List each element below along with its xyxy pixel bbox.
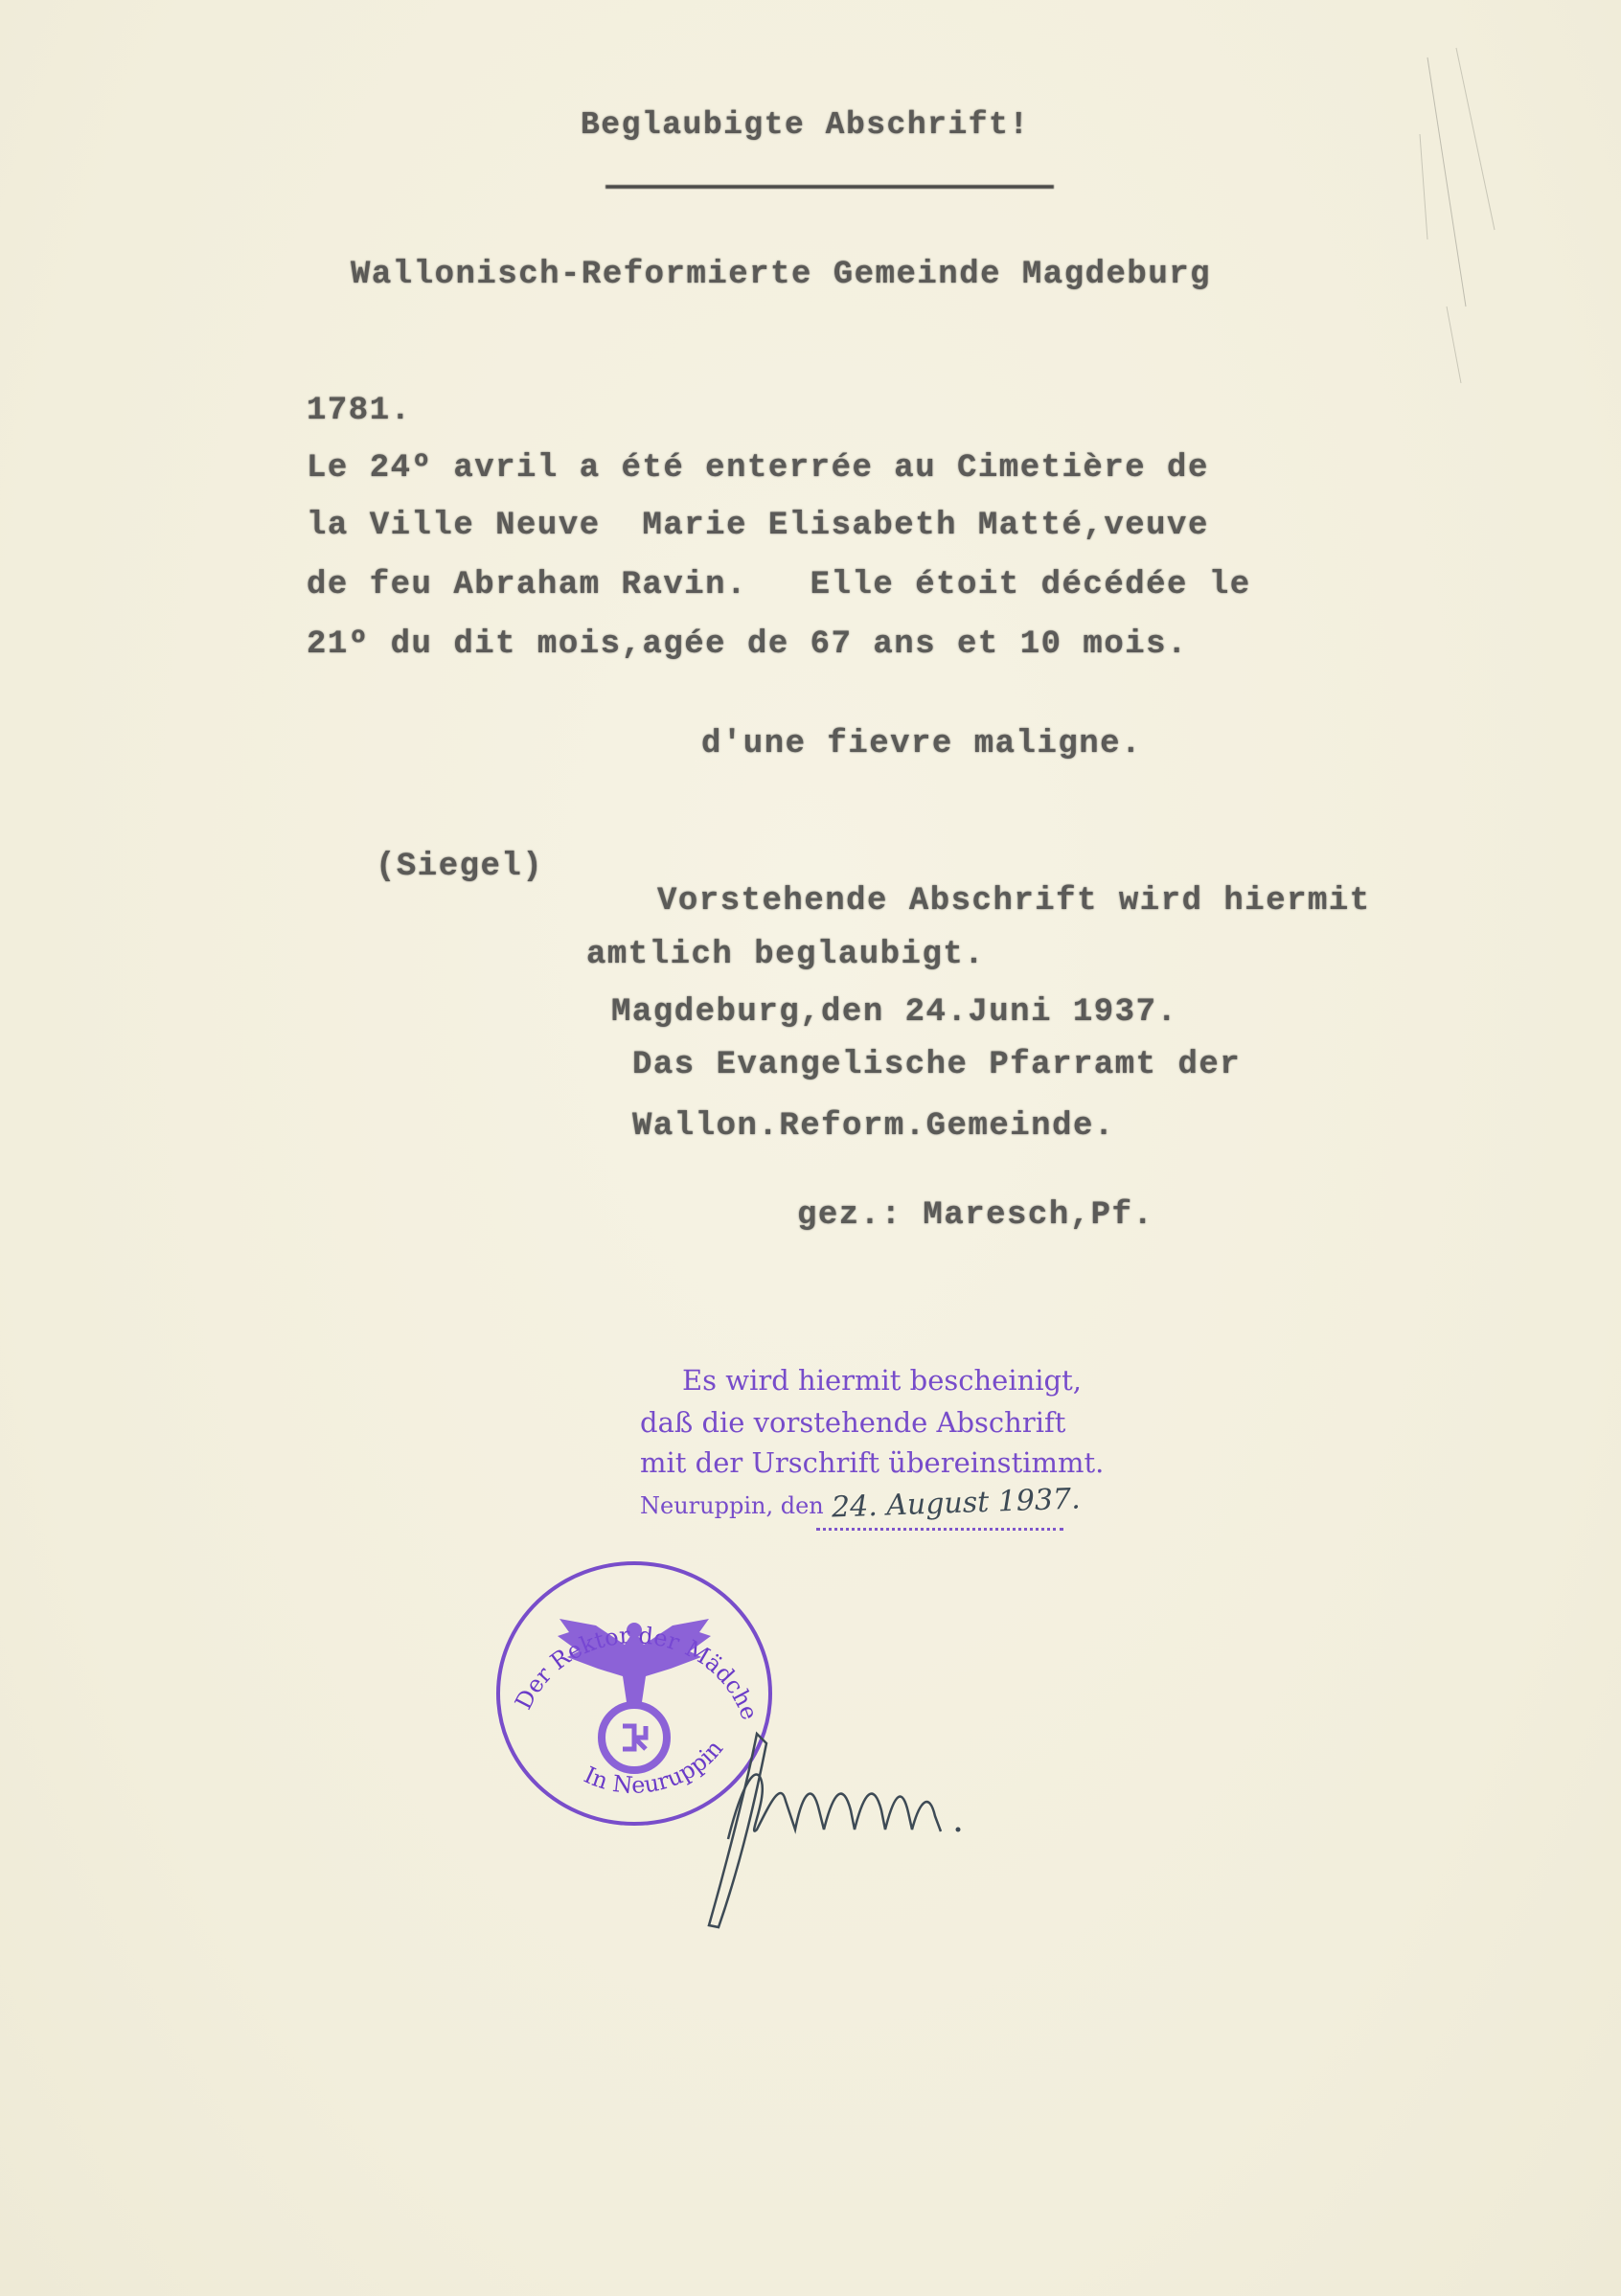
stamp-line: mit der Urschrift übereinstimmt. — [640, 1446, 1104, 1479]
organization-heading: Wallonisch-Reformierte Gemeinde Magdebur… — [351, 257, 1211, 293]
document-title: Beglaubigte Abschrift! — [581, 107, 1030, 143]
handwritten-signature — [690, 1724, 1073, 1935]
certification-line: Wallon.Reform.Gemeinde. — [632, 1108, 1115, 1145]
stamp-line: Es wird hiermit bescheinigt, — [682, 1364, 1082, 1397]
record-line: Le 24º avril a été enterrée au Cimetière… — [307, 450, 1209, 487]
record-year: 1781. — [307, 393, 412, 429]
stamp-place: Neuruppin, den — [640, 1492, 824, 1519]
date-dotted-line — [816, 1528, 1063, 1531]
record-line: la Ville Neuve Marie Elisabeth Matté,veu… — [307, 508, 1209, 544]
title-underline — [605, 185, 1054, 189]
signed-by: gez.: Maresch,Pf. — [797, 1197, 1153, 1234]
record-line: 21º du dit mois,agée de 67 ans et 10 moi… — [307, 626, 1188, 663]
pencil-marks — [1408, 19, 1523, 383]
cause-of-death: d'une fievre maligne. — [701, 726, 1142, 762]
eagle-emblem-icon — [558, 1619, 711, 1770]
certification-line: Vorstehende Abschrift wird hiermit — [657, 883, 1371, 920]
certification-place-date: Magdeburg,den 24.Juni 1937. — [611, 994, 1177, 1031]
paper-background — [0, 0, 1621, 2296]
seal-label: (Siegel) — [376, 849, 543, 885]
certification-line: amtlich beglaubigt. — [586, 937, 985, 973]
stamp-line: daß die vorstehende Abschrift — [640, 1406, 1065, 1439]
certification-line: Das Evangelische Pfarramt der — [632, 1047, 1241, 1083]
record-line: de feu Abraham Ravin. Elle étoit décédée… — [307, 567, 1251, 603]
